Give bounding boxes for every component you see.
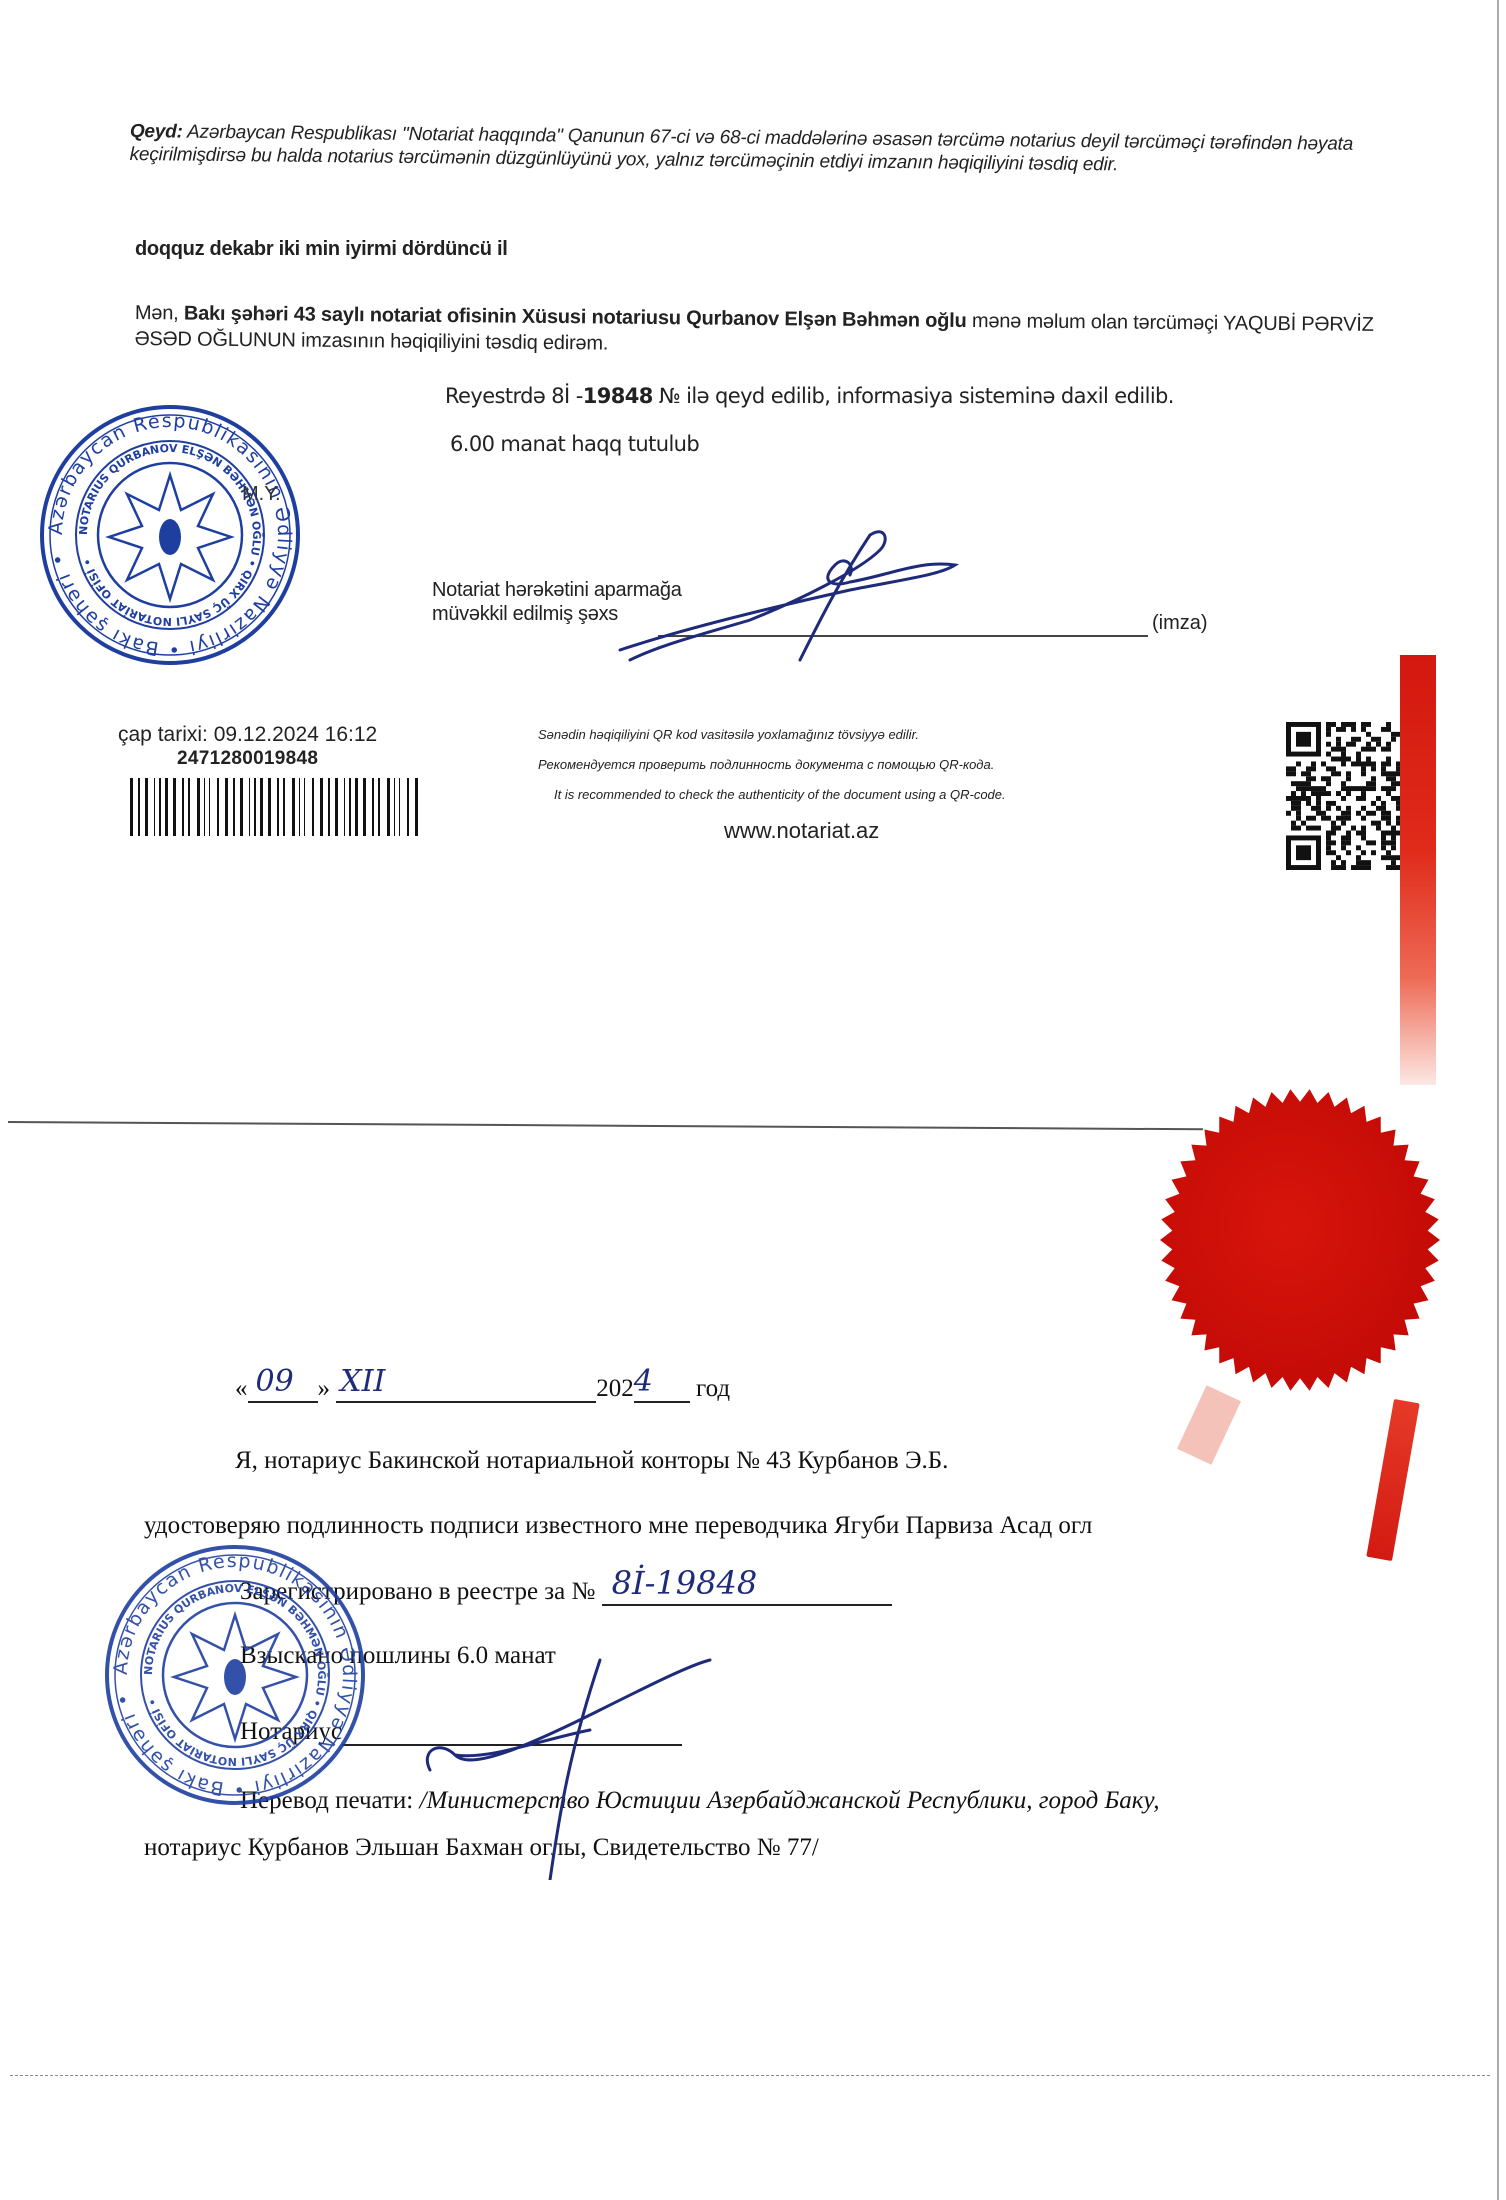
auth-line1: Notariat hərəkətini aparmağa — [432, 578, 682, 602]
barcode-number: 2471280019848 — [177, 748, 318, 770]
section-divider — [8, 1121, 1203, 1130]
page-edge — [1497, 0, 1499, 2200]
ru-seal-translation: Перевод печати: /Министерство Юстиции Аз… — [240, 1787, 1160, 1815]
barcode-icon — [130, 778, 420, 836]
ribbon-tail-icon — [1366, 1399, 1419, 1561]
website-link[interactable]: www.notariat.az — [724, 818, 879, 844]
note-text: Azərbaycan Respublikası "Notariat haqqın… — [130, 122, 1354, 176]
handwritten-month: XII — [340, 1364, 385, 1399]
registry-prefix: Reyestrdə 8İ - — [445, 384, 583, 408]
auth-line2: müvəkkil edilmiş şəxs — [432, 602, 682, 626]
signature-line — [658, 635, 1148, 637]
seal-place-mark: M.Y. — [242, 483, 281, 506]
quote-open: « — [235, 1375, 248, 1402]
qr-note-az: Sənədin həqiqiliyini QR kod vasitəsilə y… — [538, 720, 1006, 750]
qr-verification-note: Sənədin həqiqiliyini QR kod vasitəsilə y… — [538, 720, 1006, 810]
qr-note-en: It is recommended to check the authentic… — [538, 780, 1006, 810]
ru-notary-line: Я, нотариус Бакинской нотариальной конто… — [235, 1447, 948, 1475]
ribbon-icon — [1400, 655, 1436, 1085]
signature-suffix: (imza) — [1152, 612, 1208, 635]
print-date: çap tarixi: 09.12.2024 16:12 — [118, 723, 377, 747]
ru-seal-translation-cont: нотариус Курбанов Эльшан Бахман оглы, Св… — [144, 1834, 819, 1862]
page-fold-line — [10, 2075, 1490, 2076]
year-suffix: год — [696, 1375, 730, 1402]
certification-statement-az: Mən, Bakı şəhəri 43 saylı notariat ofisi… — [135, 300, 1385, 364]
handwritten-year: 4 — [634, 1364, 653, 1399]
date-in-words: doqquz dekabr iki min iyirmi dördüncü il — [135, 238, 507, 261]
registry-suffix: № ilə qeyd edilib, informasiya sisteminə… — [653, 384, 1174, 408]
notary-stamp-icon: Azərbaycan Respublikasının Ədliyyə Nazir… — [35, 400, 305, 670]
handwritten-registry-number: 8İ-19848 — [612, 1564, 758, 1602]
registry-number: 19848 — [583, 384, 653, 408]
wax-seal-icon — [1150, 1070, 1450, 1410]
qr-code-icon[interactable] — [1286, 722, 1411, 870]
fee-text: 6.00 manat haqq tutulub — [450, 432, 699, 456]
notary-stamp-icon: Azərbaycan Respublikasının Ədliyyə Nazir… — [100, 1540, 370, 1810]
ru-date-line: «09» XII2024 год — [235, 1375, 730, 1403]
quote-close: » — [318, 1375, 331, 1402]
notary-name: Bakı şəhəri 43 saylı notariat ofisinin X… — [184, 302, 967, 332]
year-prefix: 202 — [596, 1375, 634, 1402]
cert-intro: Mən, — [135, 302, 184, 324]
handwritten-day: 09 — [256, 1364, 294, 1399]
ru-certify-line: удостоверяю подлинность подписи известно… — [144, 1512, 1092, 1540]
registry-entry: Reyestrdə 8İ -19848 № ilə qeyd edilib, i… — [445, 384, 1174, 408]
note-label: Qeyd: — [130, 121, 183, 143]
seal-translation-text: /Министерство Юстиции Азербайджанской Ре… — [420, 1787, 1160, 1814]
authorized-person-label: Notariat hərəkətini aparmağa müvəkkil ed… — [432, 578, 682, 626]
qr-note-ru: Рекомендуется проверить подлинность доку… — [538, 750, 1006, 780]
legal-note: Qeyd: Azərbaycan Respublikası "Notariat … — [130, 120, 1370, 179]
